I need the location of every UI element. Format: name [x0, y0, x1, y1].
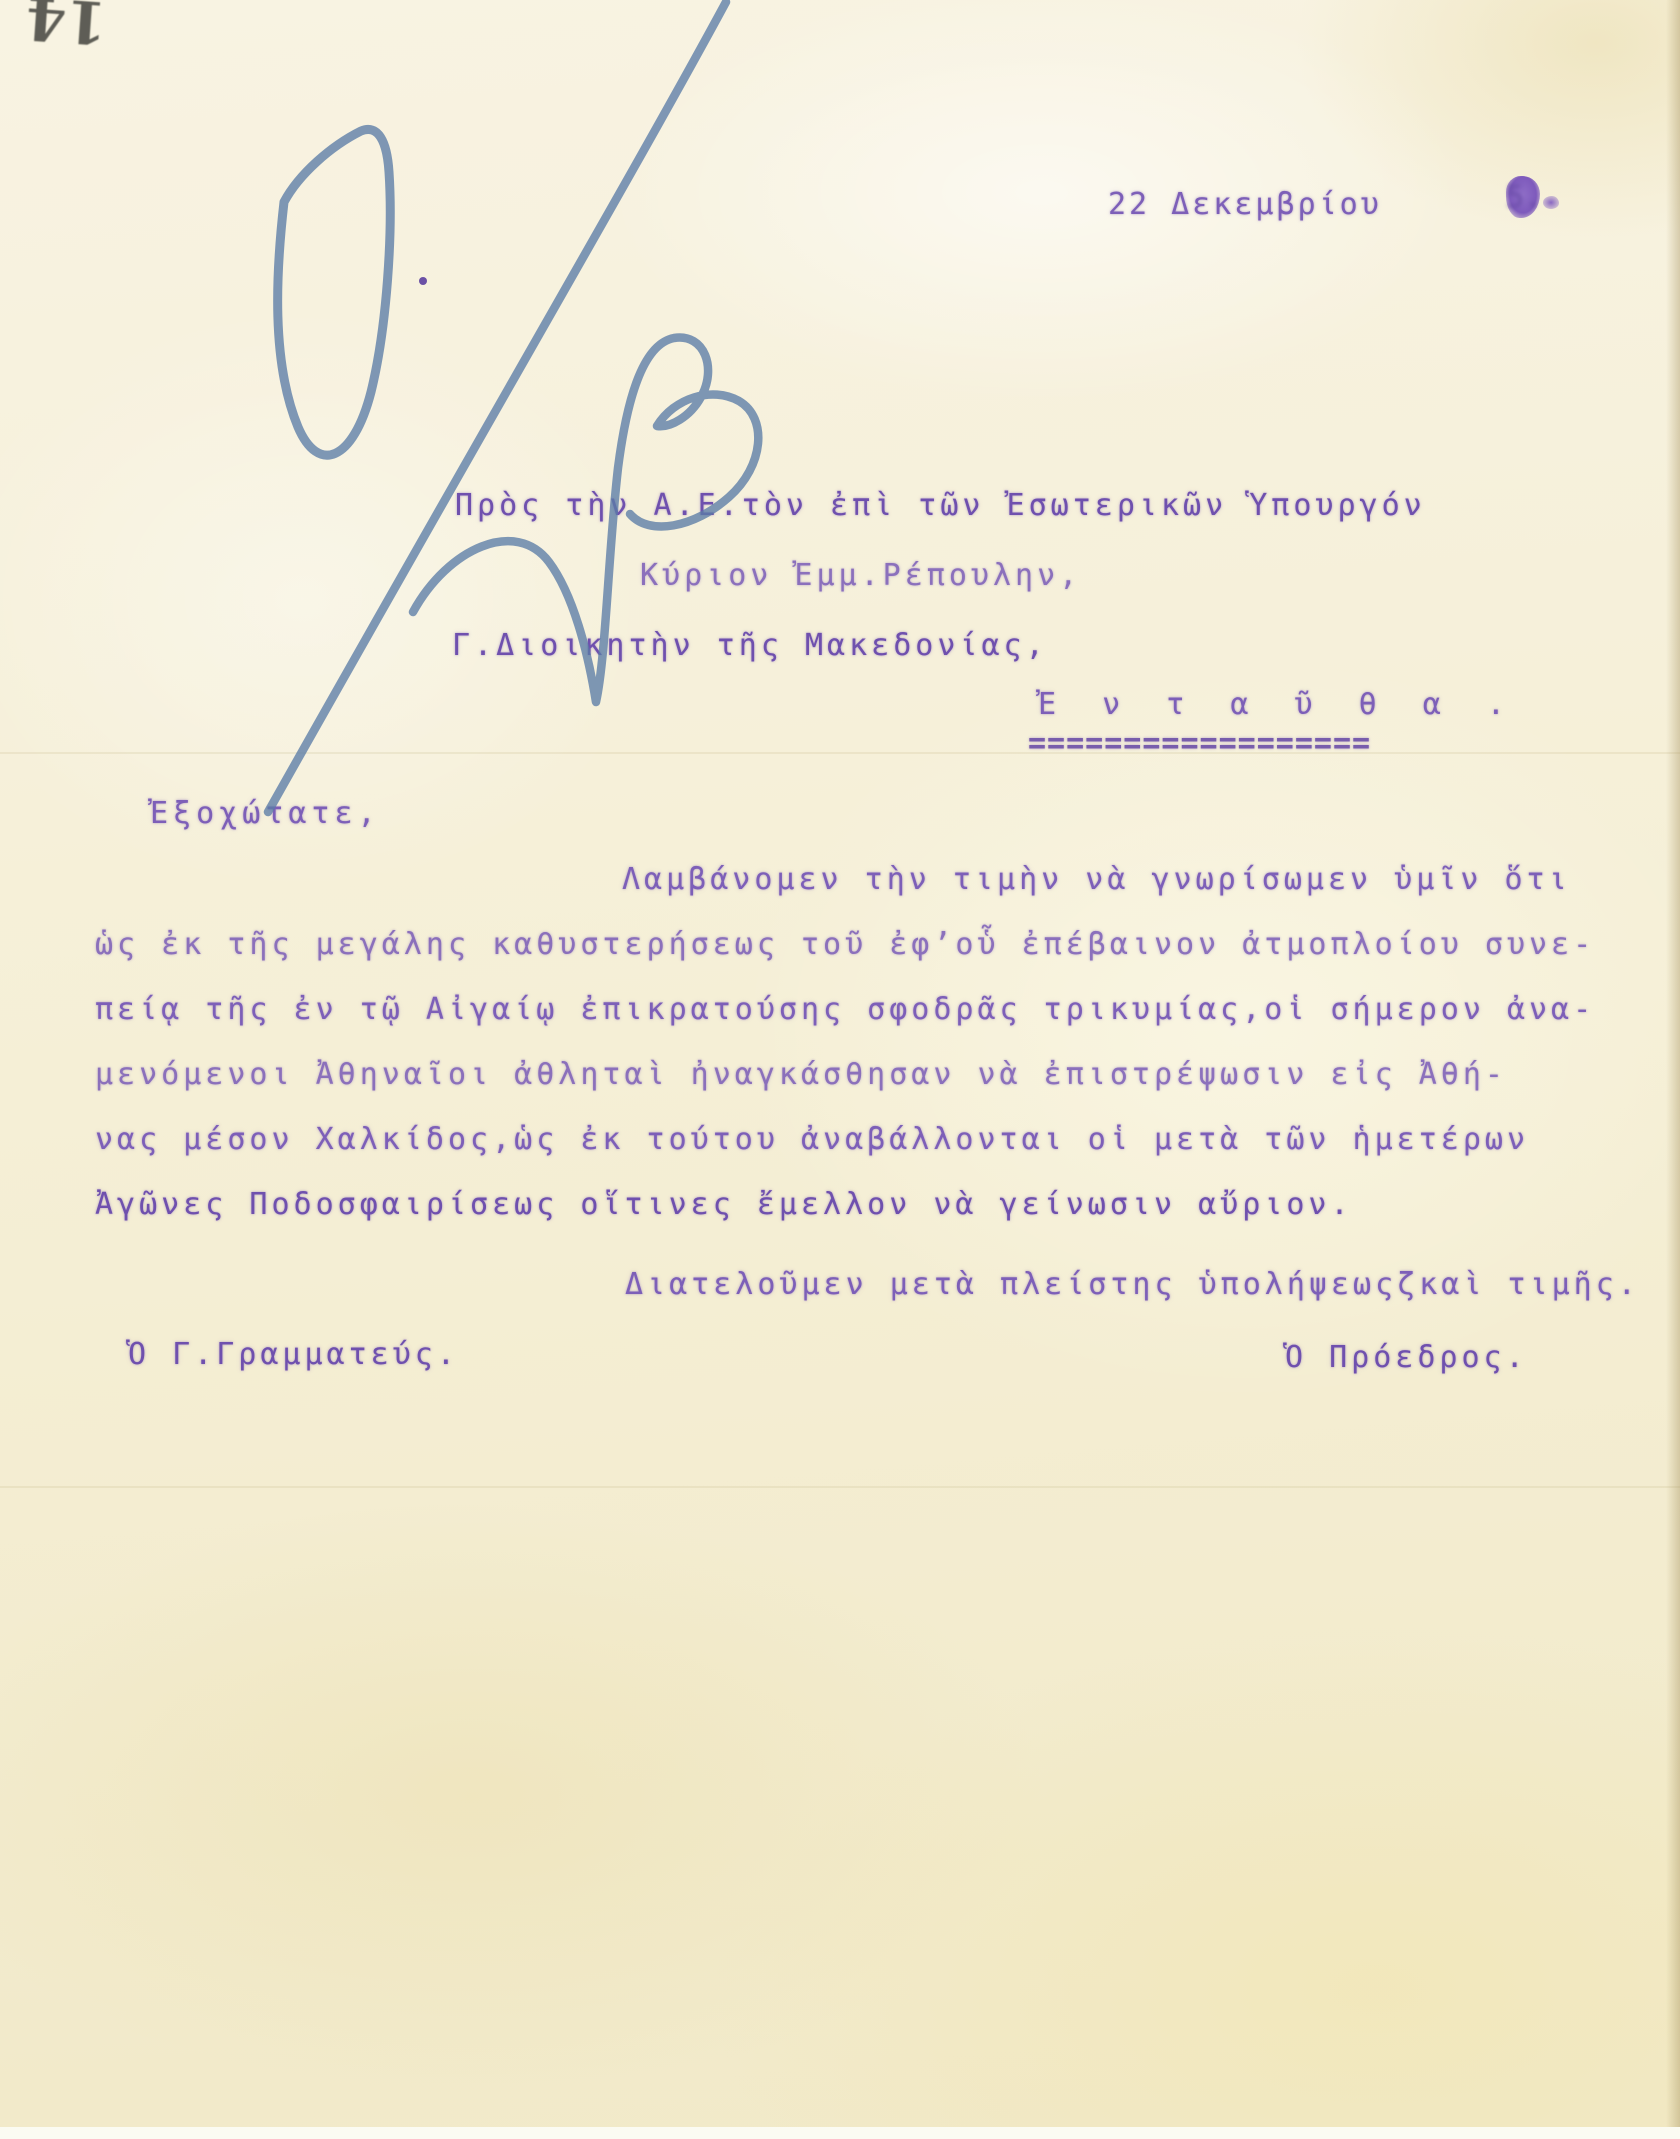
body-line: ὡς ἐκ τῆς μεγάλης καθυστερήσεως τοῦ ἐφ’ο…	[95, 928, 1595, 963]
page-edge-shadow	[1666, 0, 1680, 2139]
recipient-line-3: Γ.Διοικητὴν τῆς Μακεδονίας,	[452, 629, 1048, 664]
signature-president: Ὁ Πρόεδρος.	[1285, 1341, 1528, 1376]
signature-secretary: Ὁ Γ.Γραμματεύς.	[128, 1338, 459, 1373]
date-ink-blot-dot	[1543, 196, 1559, 209]
recipient-line-4: Ἐ ν τ α ῦ θ α .	[1038, 688, 1519, 723]
recipient-underline: ==================	[1028, 727, 1371, 762]
ink-dot	[419, 277, 427, 285]
body-line: πείᾳ τῆς ἐν τῷ Αἰγαίῳ ἐπικρατούσης σφοδρ…	[95, 993, 1595, 1028]
date-ink-blot-glyph: 5.	[1506, 180, 1540, 215]
date-line: 22 Δεκεμβρίου	[1108, 188, 1382, 223]
recipient-line-1: Πρὸς τὴν Α.Ε.τὸν ἐπὶ τῶν Ἐσωτερικῶν Ὑπου…	[455, 489, 1426, 524]
scanned-letter-page: 14 22 Δεκεμβρίου 5. Πρὸς τὴν Α.Ε.τὸν ἐπὶ…	[0, 0, 1680, 2139]
body-line: νας μέσον Χαλκίδος,ὡς ἐκ τούτου ἀναβάλλο…	[95, 1123, 1529, 1158]
pencil-oval-icon	[278, 129, 391, 455]
paper-crease	[0, 752, 1680, 754]
body-line: μενόμενοι Ἀθηναῖοι ἀθληταὶ ἠναγκάσθησαν …	[95, 1058, 1507, 1093]
closing-line: Διατελοῦμεν μετὰ πλείστης ὑπολήψεωςζκαὶ …	[625, 1268, 1640, 1303]
date-ink-blot: 5.	[1506, 176, 1540, 218]
pencil-diagonal-icon	[268, 2, 726, 812]
salutation: Ἐξοχώτατε,	[150, 797, 381, 832]
recipient-line-2: Κύριον Ἐμμ.Ρέπουλην,	[640, 559, 1081, 594]
body-line: Λαμβάνομεν τὴν τιμὴν νὰ γνωρίσωμεν ὑμῖν …	[622, 863, 1571, 898]
folio-number: 14	[24, 0, 109, 57]
paper-crease	[0, 1486, 1680, 1488]
body-line: Ἀγῶνες Ποδοσφαιρίσεως οἵτινες ἔμελλον νὰ…	[95, 1188, 1353, 1223]
scan-edge-strip	[0, 2127, 1680, 2139]
